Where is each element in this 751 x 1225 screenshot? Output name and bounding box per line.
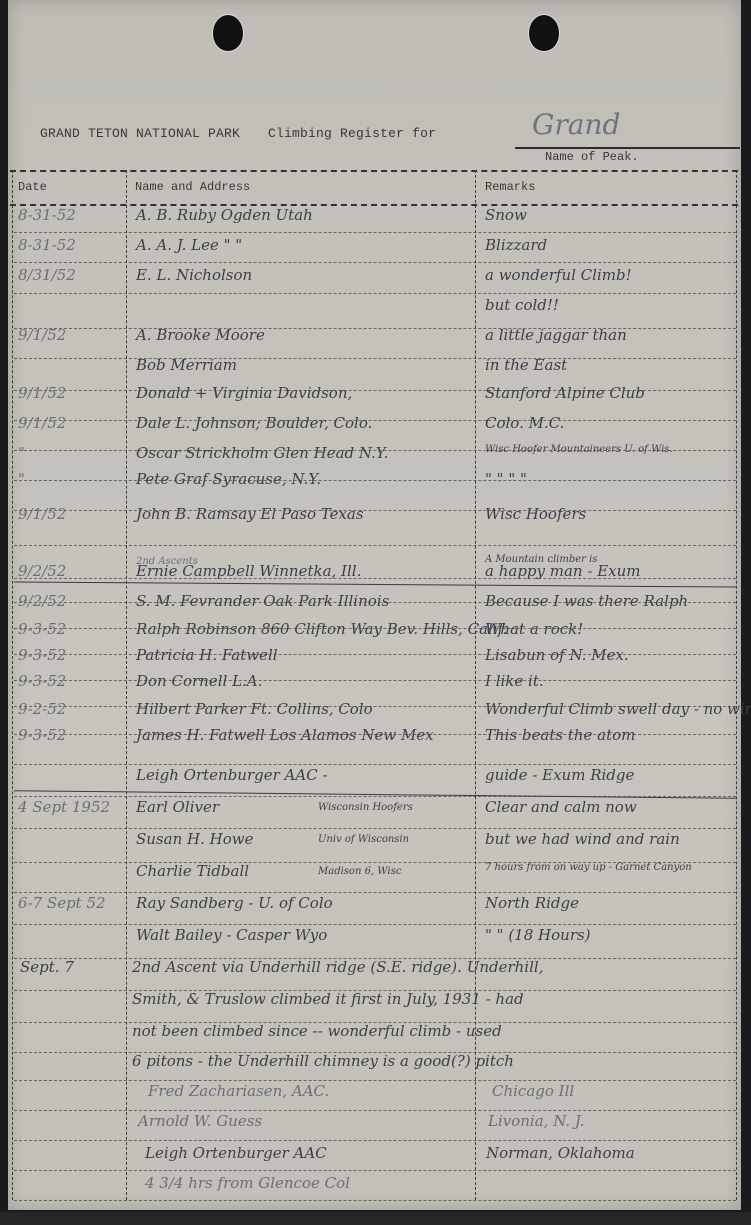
note-date: Sept. 7 <box>20 958 74 976</box>
entry-remarks: but we had wind and rain <box>485 830 680 848</box>
entry-remarks: Lisabun of N. Mex. <box>485 646 629 664</box>
binder-hole-right <box>529 15 559 51</box>
right-border <box>736 170 737 1200</box>
entry-address: Wisconsin Hoofers <box>318 802 413 813</box>
entry-date: 6-7 Sept 52 <box>18 894 106 912</box>
entry-date: 9/1/52 <box>18 326 66 344</box>
entry-remarks: North Ridge <box>485 894 579 912</box>
entry-remarks: Because I was there Ralph <box>485 592 688 610</box>
entry-remarks: 7 hours from on way up - Garnet Canyon <box>485 862 692 873</box>
entry-name: 4 3/4 hrs from Glencoe Col <box>145 1174 350 1192</box>
entry-name: Dale L. Johnson; Boulder, Colo. <box>136 414 372 432</box>
ruled-line <box>14 828 736 829</box>
entry-remarks: Wisc Hoofer Mountaineers U. of Wis. <box>485 444 673 455</box>
header-rule-bottom <box>10 204 738 206</box>
entry-date: 9/2/52 <box>18 592 66 610</box>
entry-date: 9-3-52 <box>18 672 66 690</box>
entry-date: 8-31-52 <box>18 206 76 224</box>
ruled-line <box>14 680 736 681</box>
register-title: Climbing Register for <box>268 126 436 141</box>
entry-name: Bob Merriam <box>136 356 237 374</box>
entry-date: 9-3-52 <box>18 620 66 638</box>
peak-name-label: Name of Peak. <box>545 150 639 164</box>
column-header-name: Name and Address <box>135 180 250 194</box>
entry-date: 9/1/52 <box>18 414 66 432</box>
entry-name: A. B. Ruby Ogden Utah <box>136 206 313 224</box>
entry-remarks: Stanford Alpine Club <box>485 384 645 402</box>
column-header-remarks: Remarks <box>485 180 535 194</box>
entry-remarks: Wonderful Climb swell day - no wind <box>485 700 751 718</box>
ruled-line <box>14 892 736 893</box>
entry-remarks: Wisc Hoofers <box>485 505 586 523</box>
ruled-line <box>14 420 736 421</box>
entry-name: E. L. Nicholson <box>136 266 252 284</box>
entry-address: Madison 6, Wisc <box>318 866 401 877</box>
ruled-line <box>14 545 736 546</box>
entry-remarks: a little jaggar than <box>485 326 627 344</box>
entry-name: Patricia H. Fatwell <box>136 646 278 664</box>
entry-name: Ralph Robinson 860 Clifton Way Bev. Hill… <box>136 620 507 638</box>
entry-name: John B. Ramsay El Paso Texas <box>136 505 364 523</box>
note-line: 6 pitons - the Underhill chimney is a go… <box>132 1052 514 1070</box>
entry-name: Arnold W. Guess <box>138 1112 262 1130</box>
park-name: GRAND TETON NATIONAL PARK <box>40 126 240 141</box>
entry-remarks: guide - Exum Ridge <box>485 766 634 784</box>
entry-date: 9/2/52 <box>18 562 66 580</box>
note-line: Smith, & Truslow climbed it first in Jul… <box>132 990 524 1008</box>
ruled-line <box>14 262 736 263</box>
ruled-line <box>14 293 736 294</box>
entry-date: 9-3-52 <box>18 726 66 744</box>
peak-name-handwritten: Grand <box>532 108 620 141</box>
entry-remarks: What a rock! <box>485 620 583 638</box>
entry-name: Charlie Tidball <box>136 862 249 880</box>
header-rule-top <box>10 170 738 172</box>
ruled-line <box>14 232 736 233</box>
entry-remarks: Clear and calm now <box>485 798 637 816</box>
scan-background <box>0 1212 751 1225</box>
entry-remarks: Snow <box>485 206 527 224</box>
entry-name: James H. Fatwell Los Alamos New Mex <box>136 726 434 744</box>
entry-name: Hilbert Parker Ft. Collins, Colo <box>136 700 373 718</box>
entry-name: Fred Zachariasen, AAC. <box>148 1082 329 1100</box>
ruled-line <box>14 764 736 765</box>
entry-name: Don Cornell L.A. <box>136 672 262 690</box>
ruled-line <box>14 1170 736 1171</box>
entry-name: Donald + Virginia Davidson, <box>136 384 352 402</box>
entry-date: 8/31/52 <box>18 266 76 284</box>
entry-name: Ernie Campbell Winnetka, Ill. <box>136 562 361 580</box>
entry-remarks: This beats the atom <box>485 726 635 744</box>
remarks-column-divider <box>475 170 476 1200</box>
entry-name: A. Brooke Moore <box>136 326 265 344</box>
column-header-date: Date <box>18 180 47 194</box>
entry-name: Ray Sandberg - U. of Colo <box>136 894 333 912</box>
entry-date: " <box>18 444 25 462</box>
ruled-line <box>14 1110 736 1111</box>
entry-name: Leigh Ortenburger AAC <box>145 1144 327 1162</box>
ruled-line <box>14 1080 736 1081</box>
entry-name: Susan H. Howe <box>136 830 253 848</box>
entry-address: Univ of Wisconsin <box>318 834 409 845</box>
entry-remarks: but cold!! <box>485 296 559 314</box>
entry-remarks: Norman, Oklahoma <box>486 1144 635 1162</box>
entry-remarks: a happy man - Exum <box>485 562 641 580</box>
peak-name-line <box>515 147 740 149</box>
entry-date: " <box>18 470 25 488</box>
entry-remarks: Blizzard <box>485 236 547 254</box>
entry-date: 9-2-52 <box>18 700 66 718</box>
entry-date: 9/1/52 <box>18 384 66 402</box>
entry-remarks: Livonia, N. J. <box>488 1112 585 1130</box>
binder-hole-left <box>213 15 243 51</box>
ruled-line <box>14 480 736 481</box>
note-line: not been climbed since -- wonderful clim… <box>132 1022 502 1040</box>
entry-name: Leigh Ortenburger AAC - <box>136 766 328 784</box>
ruled-line <box>14 328 736 329</box>
entry-remarks: in the East <box>485 356 567 374</box>
entry-remarks: a wonderful Climb! <box>485 266 632 284</box>
ruled-line <box>14 358 736 359</box>
entry-name: Oscar Strickholm Glen Head N.Y. <box>136 444 389 462</box>
entry-remarks: Chicago Ill <box>492 1082 574 1100</box>
entry-date: 4 Sept 1952 <box>18 798 110 816</box>
entry-date: 9/1/52 <box>18 505 66 523</box>
entry-name: S. M. Fevrander Oak Park Illinois <box>136 592 389 610</box>
entry-remarks: I like it. <box>485 672 544 690</box>
entry-date: 8-31-52 <box>18 236 76 254</box>
form-header: GRAND TETON NATIONAL PARKClimbing Regist… <box>40 126 464 141</box>
left-border <box>12 170 13 1200</box>
entry-remarks: " " " " <box>485 470 527 488</box>
entry-name: A. A. J. Lee " " <box>136 236 242 254</box>
note-line: 2nd Ascent via Underhill ridge (S.E. rid… <box>132 958 543 976</box>
entry-remarks: " " (18 Hours) <box>485 926 591 944</box>
date-column-divider <box>126 170 127 1200</box>
ruled-line <box>14 1140 736 1141</box>
ruled-line <box>14 924 736 925</box>
entry-date: 9-3-52 <box>18 646 66 664</box>
entry-name: Walt Bailey - Casper Wyo <box>136 926 327 944</box>
entry-name: Earl Oliver <box>136 798 219 816</box>
ruled-line <box>14 1200 736 1201</box>
ruled-line <box>14 510 736 511</box>
entry-name: Pete Graf Syracuse, N.Y. <box>136 470 321 488</box>
entry-remarks: Colo. M.C. <box>485 414 564 432</box>
